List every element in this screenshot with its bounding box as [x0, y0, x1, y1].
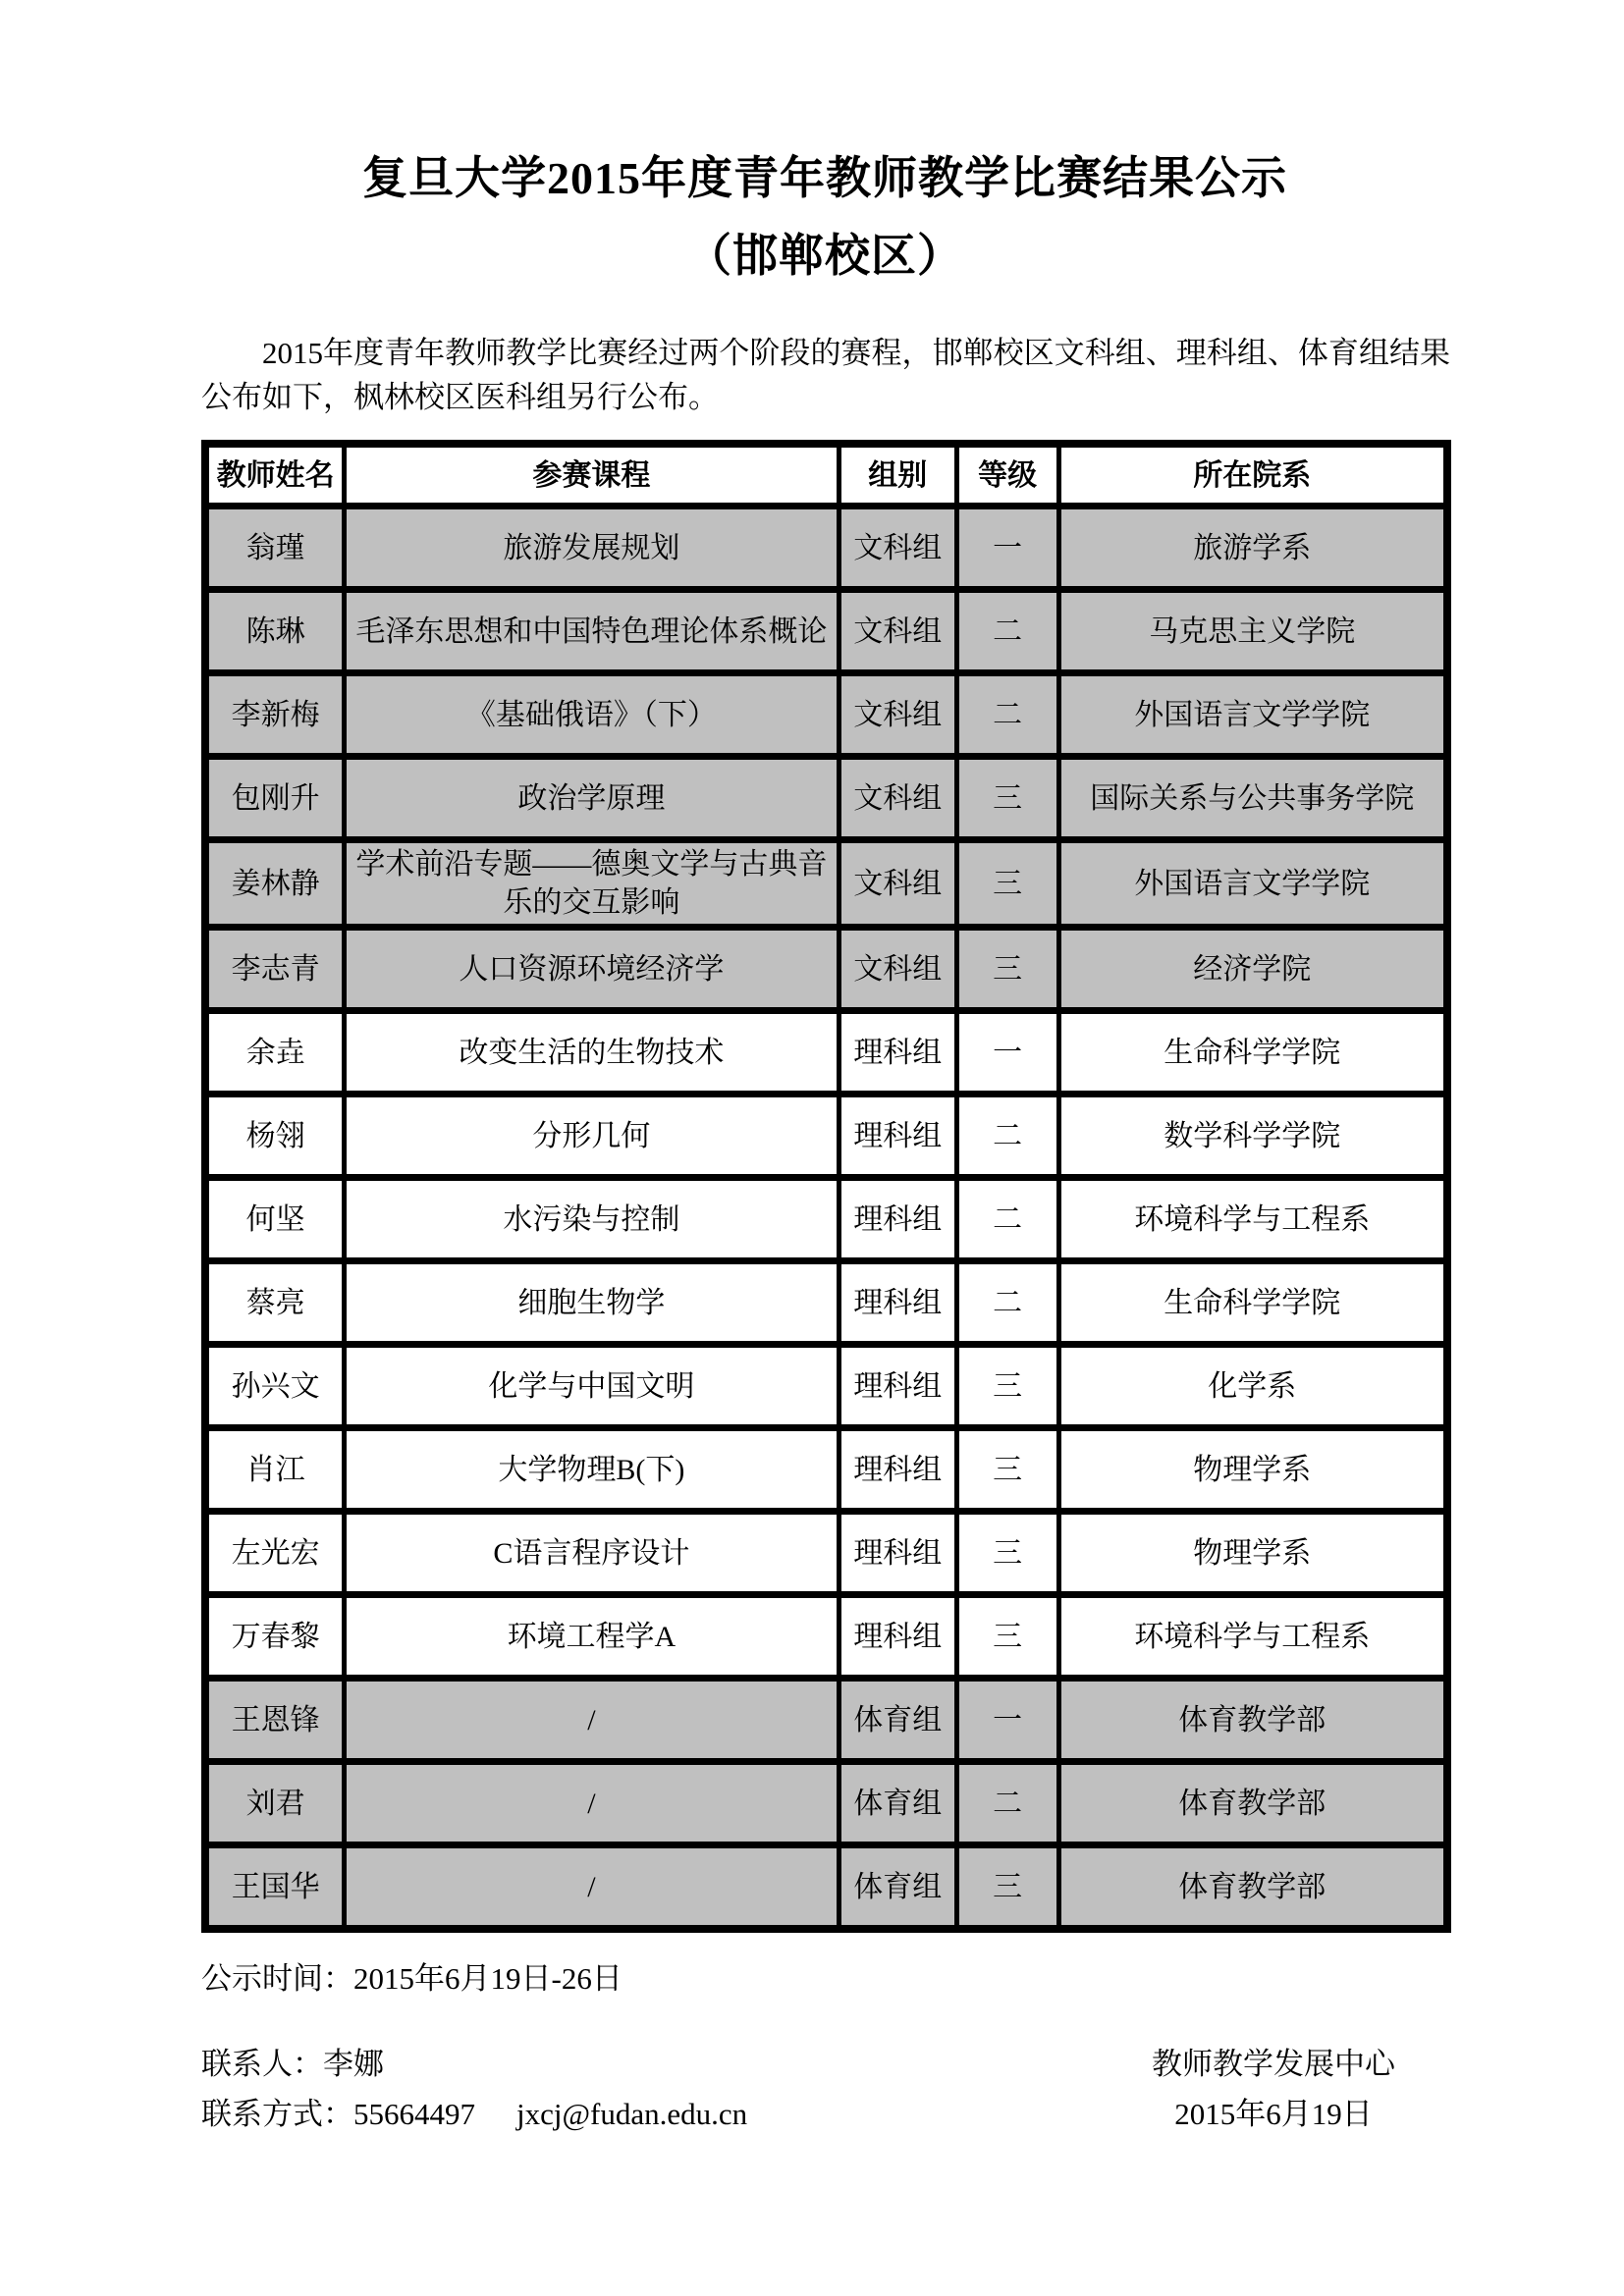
cell-course: 毛泽东思想和中国特色理论体系概论 — [345, 590, 839, 673]
table-row: 李新梅 《基础俄语》（下） 文科组 二 外国语言文学学院 — [205, 673, 1447, 757]
table-row: 蔡亮 细胞生物学 理科组 二 生命科学学院 — [205, 1261, 1447, 1345]
document-page: 复旦大学2015年度青年教师教学比赛结果公示 （邯郸校区） 2015年度青年教师… — [0, 0, 1624, 2296]
table-row: 万春黎 环境工程学A 理科组 三 环境科学与工程系 — [205, 1595, 1447, 1679]
cell-group: 体育组 — [839, 1845, 956, 1930]
cell-course: 政治学原理 — [345, 757, 839, 840]
table-row: 王恩锋 / 体育组 一 体育教学部 — [205, 1679, 1447, 1762]
cell-grade: 三 — [956, 1512, 1058, 1595]
cell-group: 文科组 — [839, 757, 956, 840]
header-row: 教师姓名 参赛课程 组别 等级 所在院系 — [205, 444, 1447, 507]
table-row: 包刚升 政治学原理 文科组 三 国际关系与公共事务学院 — [205, 757, 1447, 840]
cell-teacher-name: 何坚 — [205, 1178, 345, 1261]
cell-course: 水污染与控制 — [345, 1178, 839, 1261]
table-row: 姜林静 学术前沿专题——德奥文学与古典音乐的交互影响 文科组 三 外国语言文学学… — [205, 840, 1447, 928]
cell-grade: 二 — [956, 1261, 1058, 1345]
cell-teacher-name: 李志青 — [205, 928, 345, 1011]
cell-teacher-name: 左光宏 — [205, 1512, 345, 1595]
cell-grade: 二 — [956, 1762, 1058, 1845]
cell-group: 理科组 — [839, 1011, 956, 1095]
org-name: 教师教学发展中心 — [1152, 2043, 1395, 2085]
cell-department: 体育教学部 — [1058, 1762, 1447, 1845]
cell-grade: 三 — [956, 1345, 1058, 1428]
cell-teacher-name: 王国华 — [205, 1845, 345, 1930]
cell-course: / — [345, 1762, 839, 1845]
publish-time: 公示时间：2015年6月19日-26日 — [201, 1958, 1448, 2000]
cell-group: 体育组 — [839, 1762, 956, 1845]
results-table-header: 教师姓名 参赛课程 组别 等级 所在院系 — [205, 444, 1447, 507]
column-header-grade: 等级 — [956, 444, 1058, 507]
cell-grade: 三 — [956, 1595, 1058, 1679]
cell-course: 大学物理B(下) — [345, 1428, 839, 1512]
cell-group: 理科组 — [839, 1178, 956, 1261]
cell-course: 旅游发展规划 — [345, 507, 839, 590]
table-row: 陈琳 毛泽东思想和中国特色理论体系概论 文科组 二 马克思主义学院 — [205, 590, 1447, 673]
contact-person: 联系人：李娜 — [201, 2043, 747, 2085]
cell-grade: 一 — [956, 1679, 1058, 1762]
results-table: 教师姓名 参赛课程 组别 等级 所在院系 翁瑾 旅游发展规划 文科组 一 旅游学… — [201, 440, 1451, 1933]
page-title-line2: （邯郸校区） — [686, 231, 963, 281]
cell-department: 环境科学与工程系 — [1058, 1595, 1447, 1679]
cell-grade: 三 — [956, 928, 1058, 1011]
cell-course: 化学与中国文明 — [345, 1345, 839, 1428]
cell-department: 外国语言文学学院 — [1058, 673, 1447, 757]
cell-course: 环境工程学A — [345, 1595, 839, 1679]
contact-phone: 联系方式：55664497 — [201, 2097, 475, 2131]
cell-course: 学术前沿专题——德奥文学与古典音乐的交互影响 — [345, 840, 839, 928]
cell-course: 改变生活的生物技术 — [345, 1011, 839, 1095]
footer-row: 联系人：李娜 联系方式：55664497jxcj@fudan.edu.cn 教师… — [201, 2043, 1450, 2144]
cell-department: 化学系 — [1058, 1345, 1447, 1428]
cell-course: C语言程序设计 — [345, 1512, 839, 1595]
cell-department: 数学科学学院 — [1058, 1095, 1447, 1178]
cell-teacher-name: 李新梅 — [205, 673, 345, 757]
cell-group: 理科组 — [839, 1428, 956, 1512]
contact-info: 联系方式：55664497jxcj@fudan.edu.cn — [201, 2093, 747, 2135]
cell-course: 《基础俄语》（下） — [345, 673, 839, 757]
cell-teacher-name: 翁瑾 — [205, 507, 345, 590]
cell-department: 物理学系 — [1058, 1512, 1447, 1595]
cell-group: 理科组 — [839, 1512, 956, 1595]
column-header-course: 参赛课程 — [345, 444, 839, 507]
cell-grade: 三 — [956, 1428, 1058, 1512]
org-date: 2015年6月19日 — [1152, 2093, 1395, 2135]
cell-teacher-name: 陈琳 — [205, 590, 345, 673]
cell-group: 文科组 — [839, 928, 956, 1011]
column-header-department: 所在院系 — [1058, 444, 1447, 507]
footer-signature-block: 教师教学发展中心 2015年6月19日 — [1152, 2043, 1450, 2144]
cell-department: 经济学院 — [1058, 928, 1447, 1011]
cell-group: 理科组 — [839, 1095, 956, 1178]
column-header-teacher-name: 教师姓名 — [205, 444, 345, 507]
column-header-group: 组别 — [839, 444, 956, 507]
cell-department: 体育教学部 — [1058, 1845, 1447, 1930]
cell-grade: 一 — [956, 507, 1058, 590]
cell-department: 环境科学与工程系 — [1058, 1178, 1447, 1261]
table-row: 刘君 / 体育组 二 体育教学部 — [205, 1762, 1447, 1845]
cell-grade: 三 — [956, 757, 1058, 840]
table-row: 左光宏 C语言程序设计 理科组 三 物理学系 — [205, 1512, 1447, 1595]
table-row: 杨翎 分形几何 理科组 二 数学科学学院 — [205, 1095, 1447, 1178]
table-row: 余垚 改变生活的生物技术 理科组 一 生命科学学院 — [205, 1011, 1447, 1095]
cell-grade: 三 — [956, 840, 1058, 928]
cell-group: 文科组 — [839, 507, 956, 590]
cell-group: 文科组 — [839, 590, 956, 673]
footer-contact-block: 联系人：李娜 联系方式：55664497jxcj@fudan.edu.cn — [201, 2043, 747, 2144]
cell-group: 文科组 — [839, 840, 956, 928]
cell-department: 外国语言文学学院 — [1058, 840, 1447, 928]
cell-grade: 二 — [956, 673, 1058, 757]
cell-group: 理科组 — [839, 1345, 956, 1428]
cell-teacher-name: 万春黎 — [205, 1595, 345, 1679]
cell-teacher-name: 余垚 — [205, 1011, 345, 1095]
cell-grade: 二 — [956, 590, 1058, 673]
cell-teacher-name: 孙兴文 — [205, 1345, 345, 1428]
cell-teacher-name: 肖江 — [205, 1428, 345, 1512]
cell-group: 理科组 — [839, 1261, 956, 1345]
cell-department: 生命科学学院 — [1058, 1011, 1447, 1095]
table-row: 李志青 人口资源环境经济学 文科组 三 经济学院 — [205, 928, 1447, 1011]
cell-teacher-name: 杨翎 — [205, 1095, 345, 1178]
cell-course: / — [345, 1845, 839, 1930]
cell-grade: 二 — [956, 1095, 1058, 1178]
cell-department: 生命科学学院 — [1058, 1261, 1447, 1345]
cell-group: 理科组 — [839, 1595, 956, 1679]
cell-grade: 二 — [956, 1178, 1058, 1261]
cell-grade: 一 — [956, 1011, 1058, 1095]
table-row: 孙兴文 化学与中国文明 理科组 三 化学系 — [205, 1345, 1447, 1428]
cell-grade: 三 — [956, 1845, 1058, 1930]
table-row: 王国华 / 体育组 三 体育教学部 — [205, 1845, 1447, 1930]
cell-group: 文科组 — [839, 673, 956, 757]
cell-teacher-name: 王恩锋 — [205, 1679, 345, 1762]
cell-department: 旅游学系 — [1058, 507, 1447, 590]
cell-course: 人口资源环境经济学 — [345, 928, 839, 1011]
cell-teacher-name: 蔡亮 — [205, 1261, 345, 1345]
table-row: 翁瑾 旅游发展规划 文科组 一 旅游学系 — [205, 507, 1447, 590]
cell-course: 分形几何 — [345, 1095, 839, 1178]
contact-email: jxcj@fudan.edu.cn — [516, 2097, 747, 2131]
table-row: 肖江 大学物理B(下) 理科组 三 物理学系 — [205, 1428, 1447, 1512]
results-table-body: 翁瑾 旅游发展规划 文科组 一 旅游学系 陈琳 毛泽东思想和中国特色理论体系概论… — [205, 507, 1447, 1930]
intro-paragraph: 2015年度青年教师教学比赛经过两个阶段的赛程，邯郸校区文科组、理科组、体育组结… — [201, 332, 1450, 420]
cell-course: 细胞生物学 — [345, 1261, 839, 1345]
cell-department: 体育教学部 — [1058, 1679, 1447, 1762]
cell-teacher-name: 姜林静 — [205, 840, 345, 928]
cell-department: 国际关系与公共事务学院 — [1058, 757, 1447, 840]
cell-teacher-name: 刘君 — [205, 1762, 345, 1845]
table-row: 何坚 水污染与控制 理科组 二 环境科学与工程系 — [205, 1178, 1447, 1261]
cell-group: 体育组 — [839, 1679, 956, 1762]
cell-course: / — [345, 1679, 839, 1762]
cell-teacher-name: 包刚升 — [205, 757, 345, 840]
cell-department: 马克思主义学院 — [1058, 590, 1447, 673]
page-title-line1: 复旦大学2015年度青年教师教学比赛结果公示 — [362, 153, 1287, 203]
page-title: 复旦大学2015年度青年教师教学比赛结果公示 （邯郸校区） — [201, 139, 1448, 294]
cell-department: 物理学系 — [1058, 1428, 1447, 1512]
